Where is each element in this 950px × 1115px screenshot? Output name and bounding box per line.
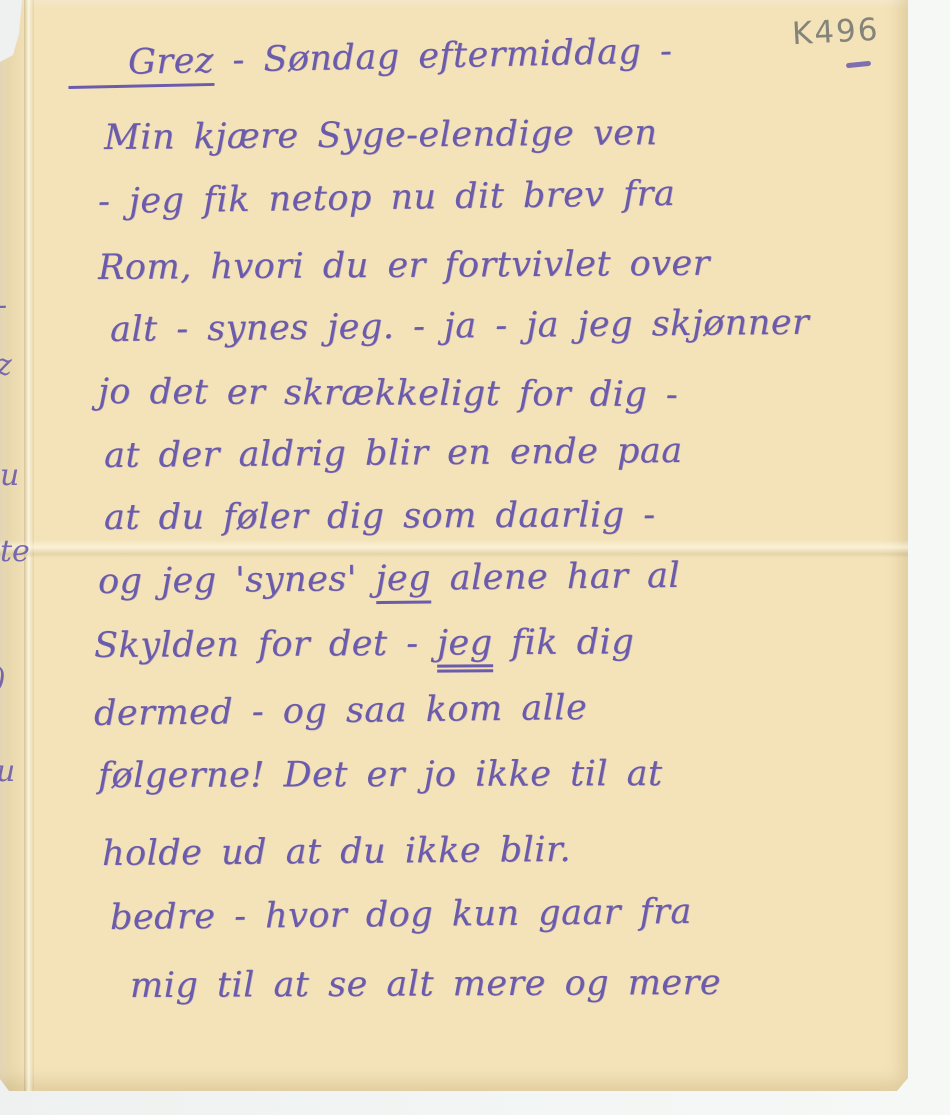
dateline-text: - Søndag eftermiddag - <box>213 31 672 81</box>
handwritten-line-dateline: Grez - Søndag eftermiddag - <box>68 31 673 84</box>
underlined-word: jeg <box>375 559 431 605</box>
handwritten-line: holde ud at du ikke blir. <box>102 830 571 874</box>
letter-paper: K496 - z u te ) u Grez - Søndag eftermid… <box>0 0 908 1091</box>
place-name-underlined: Grez <box>68 41 215 89</box>
line-text: Skylden for det - <box>94 624 437 666</box>
line-text: fik dig <box>492 622 634 663</box>
handwritten-line: - jeg fik netop nu dit brev fra <box>98 174 676 222</box>
handwritten-line: mig til at se alt mere og mere <box>130 963 721 1006</box>
line-text: alene har al <box>431 556 681 599</box>
handwritten-line: bedre - hvor dog kun gaar fra <box>110 892 692 938</box>
handwritten-line: Rom, hvori du er fortvivlet over <box>98 244 710 288</box>
handwritten-line: dermed - og saa kom alle <box>94 688 588 734</box>
handwritten-line: og jeg 'synes' jeg alene har al <box>98 556 681 602</box>
handwritten-line: Skylden for det - jeg fik dig <box>94 622 634 666</box>
handwritten-line: alt - synes jeg. - ja - ja jeg skjønner <box>110 303 810 350</box>
handwritten-line: følgerne! Det er jo ikke til at <box>98 754 663 796</box>
handwritten-line: jo det er skrækkeligt for dig - <box>98 372 678 415</box>
line-text: og jeg 'synes' <box>98 559 376 602</box>
handwritten-line: at du føler dig som daarlig - <box>104 495 656 538</box>
handwritten-line: Min kjære Syge-elendige ven <box>104 113 658 158</box>
scan-background: K496 - z u te ) u Grez - Søndag eftermid… <box>0 0 950 1115</box>
handwritten-line: at der aldrig blir en ende paa <box>104 431 683 476</box>
double-underlined-word: jeg <box>437 623 493 672</box>
letter-body: Grez - Søndag eftermiddag - Min kjære Sy… <box>0 0 908 1091</box>
